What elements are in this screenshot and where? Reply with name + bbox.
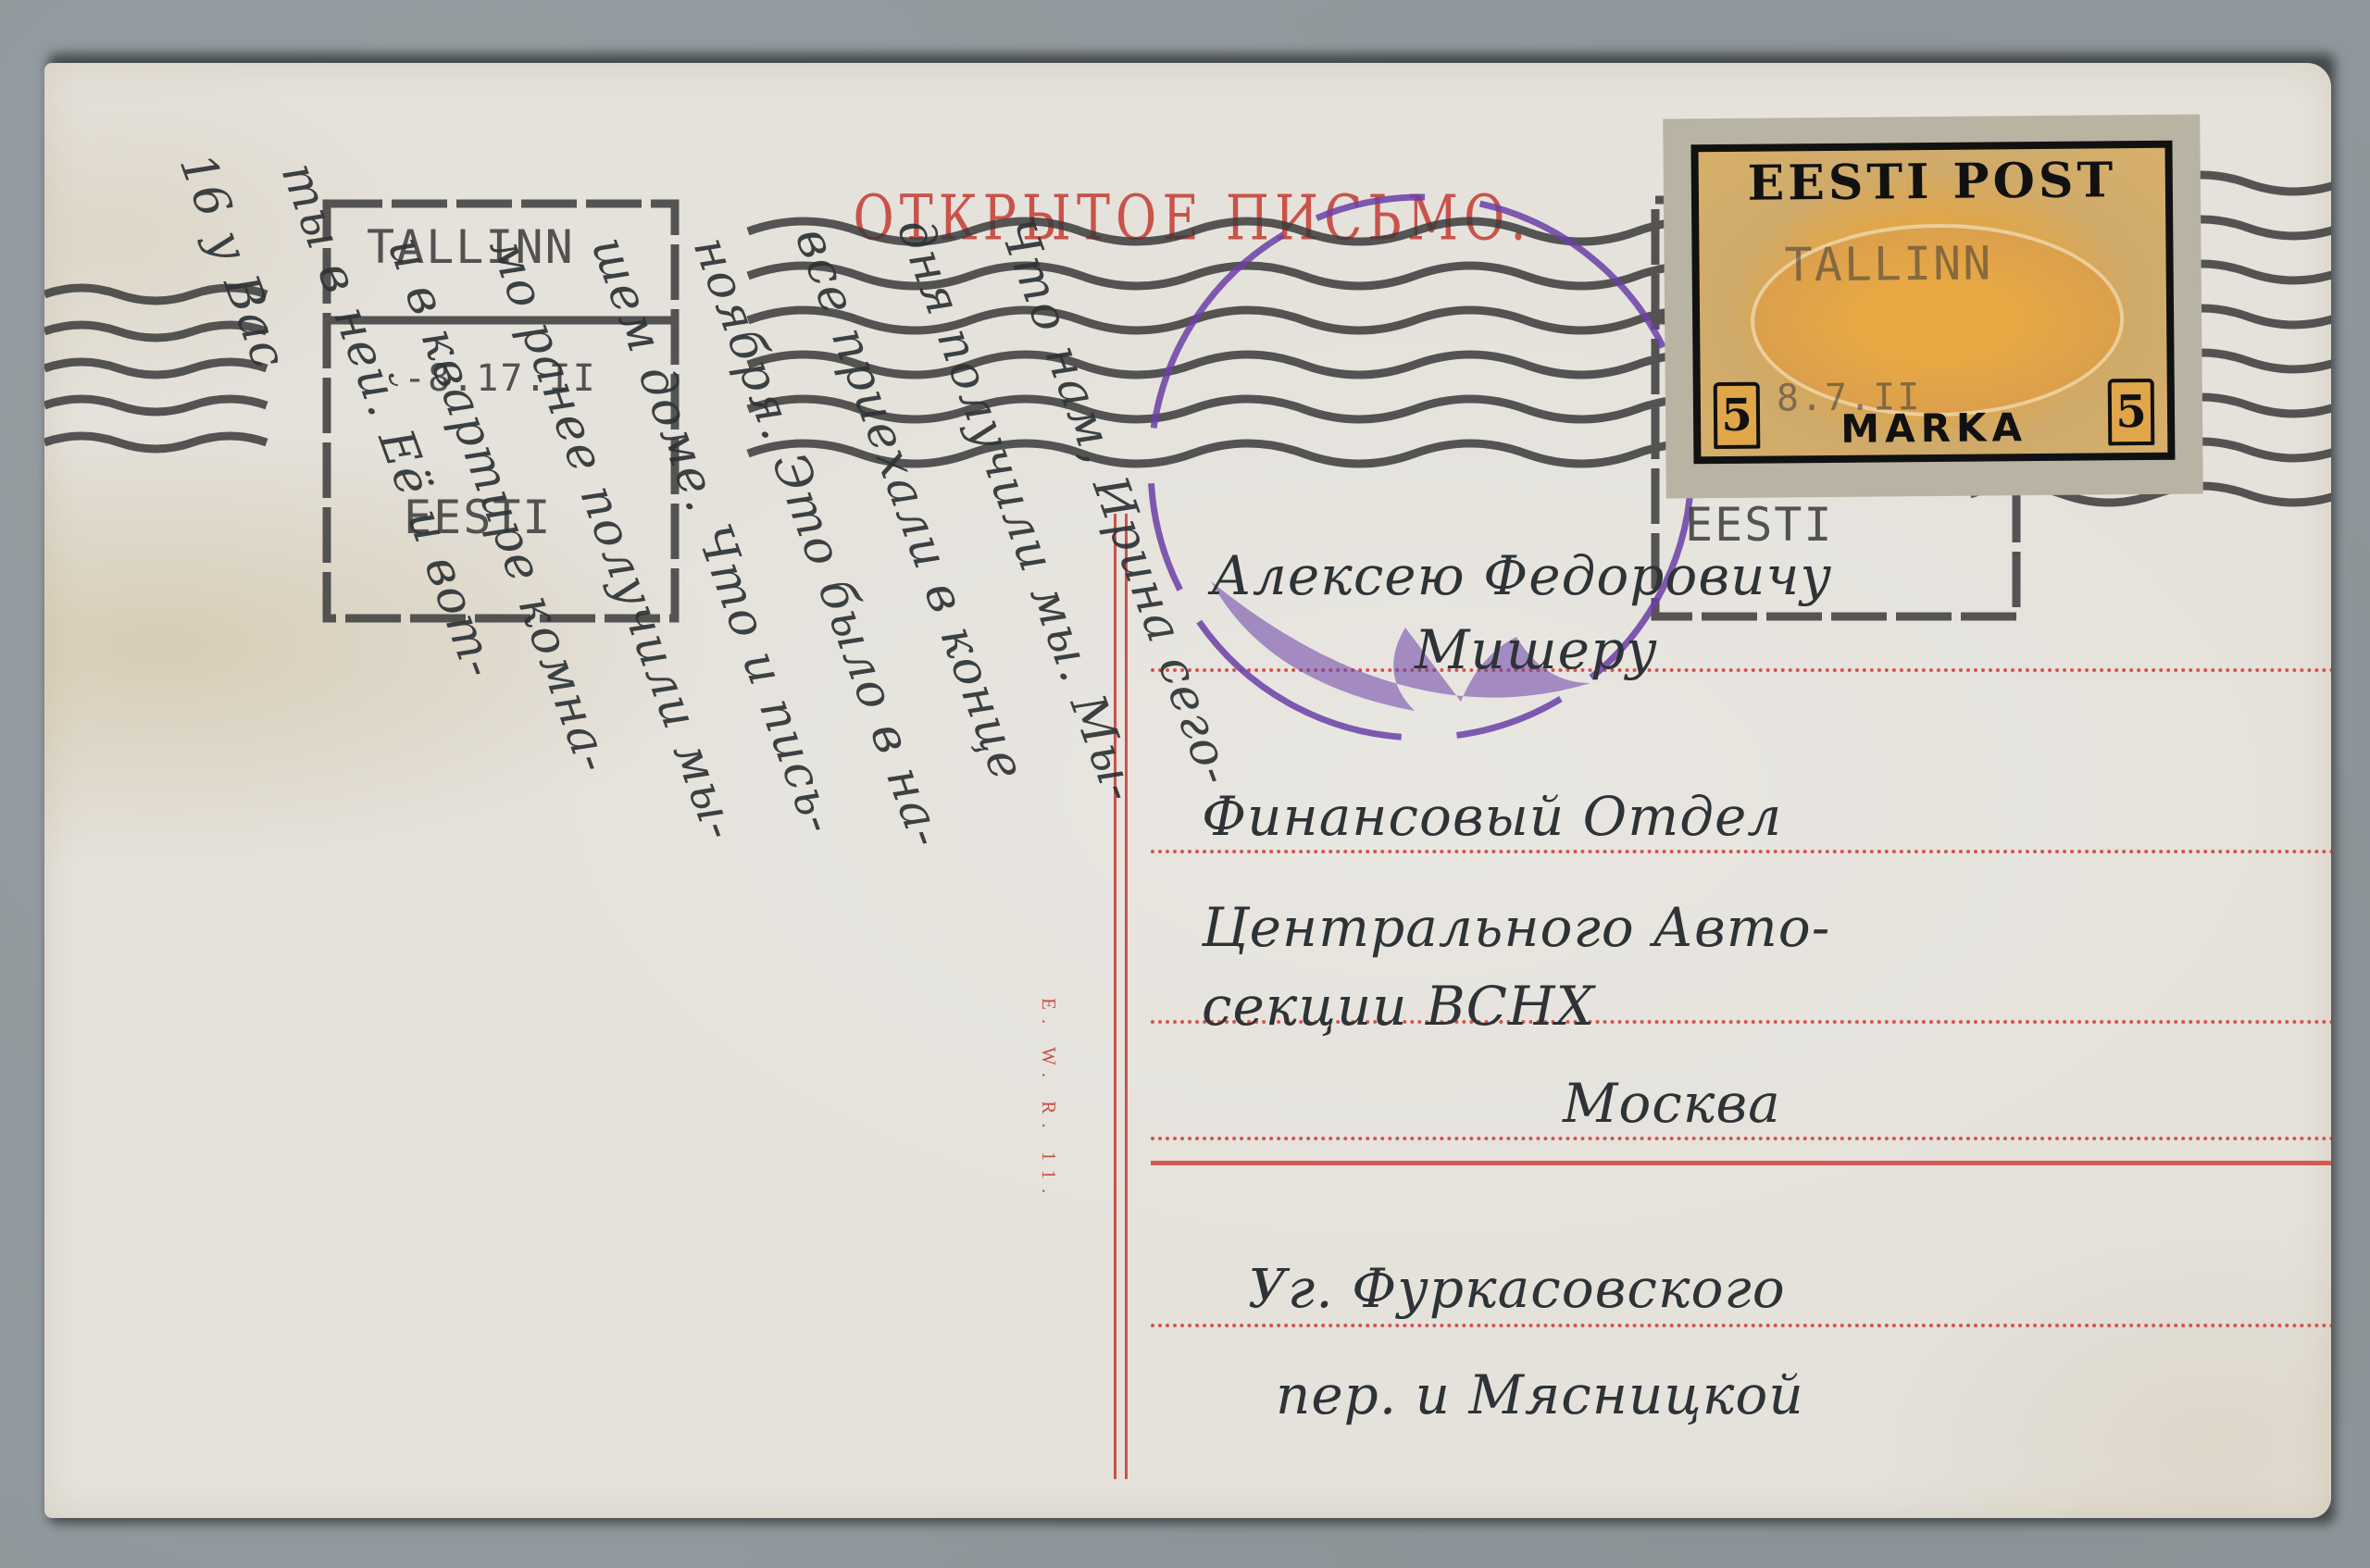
address-recipient-name: Алексею Федоровичу	[1211, 544, 1832, 607]
postmark-right-date: 8.7.II	[1777, 376, 1922, 419]
address-street-2: пер. и Мясницкой	[1276, 1363, 1804, 1426]
address-recipient-surname: Мишеру	[1415, 618, 1658, 681]
address-department: Финансовый Отдел	[1202, 785, 1782, 848]
address-street-1: Уг. Фуркасовского	[1248, 1257, 1786, 1320]
stamp-currency-text: MARKA	[1701, 404, 2167, 453]
postcard: ОТКРЫТОЕ ПИСЬМО. E. W. R. 11.	[44, 63, 2331, 1518]
stamp-country-text: EESTI POST	[1699, 152, 2166, 212]
postage-stamp: EESTI POST 5 MARKA 5 TALLINN 8.7.II	[1663, 114, 2203, 498]
address-city: Москва	[1563, 1072, 1781, 1135]
postmark-right-city: TALLINN	[1784, 236, 1992, 292]
address-organization-2: секции ВСНХ	[1202, 975, 1595, 1038]
stamp-value-right: 5	[2108, 379, 2155, 445]
address-organization-1: Центрального Авто-	[1202, 896, 1830, 959]
stamp-frame: EESTI POST 5 MARKA 5	[1690, 141, 2175, 465]
